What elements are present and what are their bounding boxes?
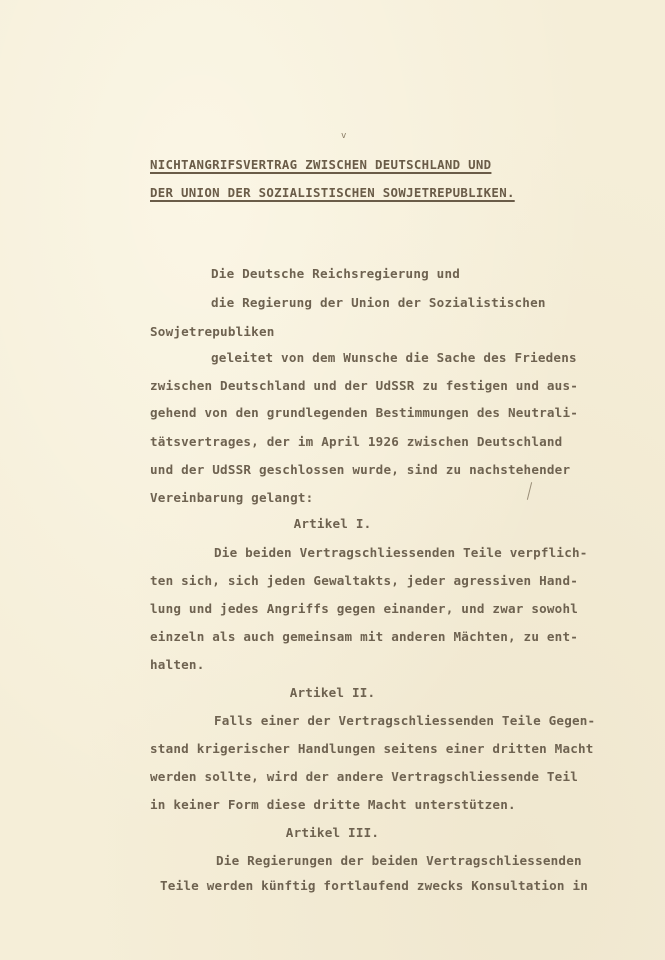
preamble-line: gehend von den grundlegenden Bestimmunge… bbox=[150, 407, 578, 420]
pen-mark bbox=[527, 482, 532, 500]
article-1-line: ten sich, sich jeden Gewaltakts, jeder a… bbox=[150, 575, 578, 588]
article-3-line: Die Regierungen der beiden Vertragschlie… bbox=[216, 855, 582, 868]
article-2-heading: Artikel II. bbox=[0, 687, 665, 700]
article-1-line: einzeln als auch gemeinsam mit anderen M… bbox=[150, 631, 578, 644]
article-2-line: in keiner Form diese dritte Macht unters… bbox=[150, 799, 516, 812]
preamble-line: zwischen Deutschland und der UdSSR zu fe… bbox=[150, 380, 578, 393]
preamble-line: die Regierung der Union der Sozialistisc… bbox=[211, 297, 546, 310]
article-2-line: Falls einer der Vertragschliessenden Tei… bbox=[214, 715, 595, 728]
preamble-line: tätsvertrages, der im April 1926 zwische… bbox=[150, 436, 562, 449]
document-title-line-1: NICHTANGRIFSVERTRAG ZWISCHEN DEUTSCHLAND… bbox=[150, 159, 491, 171]
article-1-line: halten. bbox=[150, 659, 204, 672]
article-1-line: lung und jedes Angriffs gegen einander, … bbox=[150, 603, 578, 616]
preamble-line: Vereinbarung gelangt: bbox=[150, 492, 313, 505]
preamble-line: Sowjetrepubliken bbox=[150, 326, 275, 339]
article-2-line: werden sollte, wird der andere Vertragsc… bbox=[150, 771, 578, 784]
top-mark: v bbox=[341, 131, 346, 141]
document-page: v NICHTANGRIFSVERTRAG ZWISCHEN DEUTSCHLA… bbox=[0, 0, 665, 960]
document-title-line-2: DER UNION DER SOZIALISTISCHEN SOWJETREPU… bbox=[150, 187, 515, 199]
preamble-line: geleitet von dem Wunsche die Sache des F… bbox=[211, 352, 577, 365]
article-1-line: Die beiden Vertragschliessenden Teile ve… bbox=[214, 547, 588, 560]
preamble-line: Die Deutsche Reichsregierung und bbox=[211, 268, 460, 281]
article-3-line: Teile werden künftig fortlaufend zwecks … bbox=[160, 880, 588, 893]
article-3-heading: Artikel III. bbox=[0, 827, 665, 840]
preamble-line: und der UdSSR geschlossen wurde, sind zu… bbox=[150, 464, 570, 477]
article-2-line: stand krigerischer Handlungen seitens ei… bbox=[150, 743, 594, 756]
article-1-heading: Artikel I. bbox=[0, 518, 665, 531]
